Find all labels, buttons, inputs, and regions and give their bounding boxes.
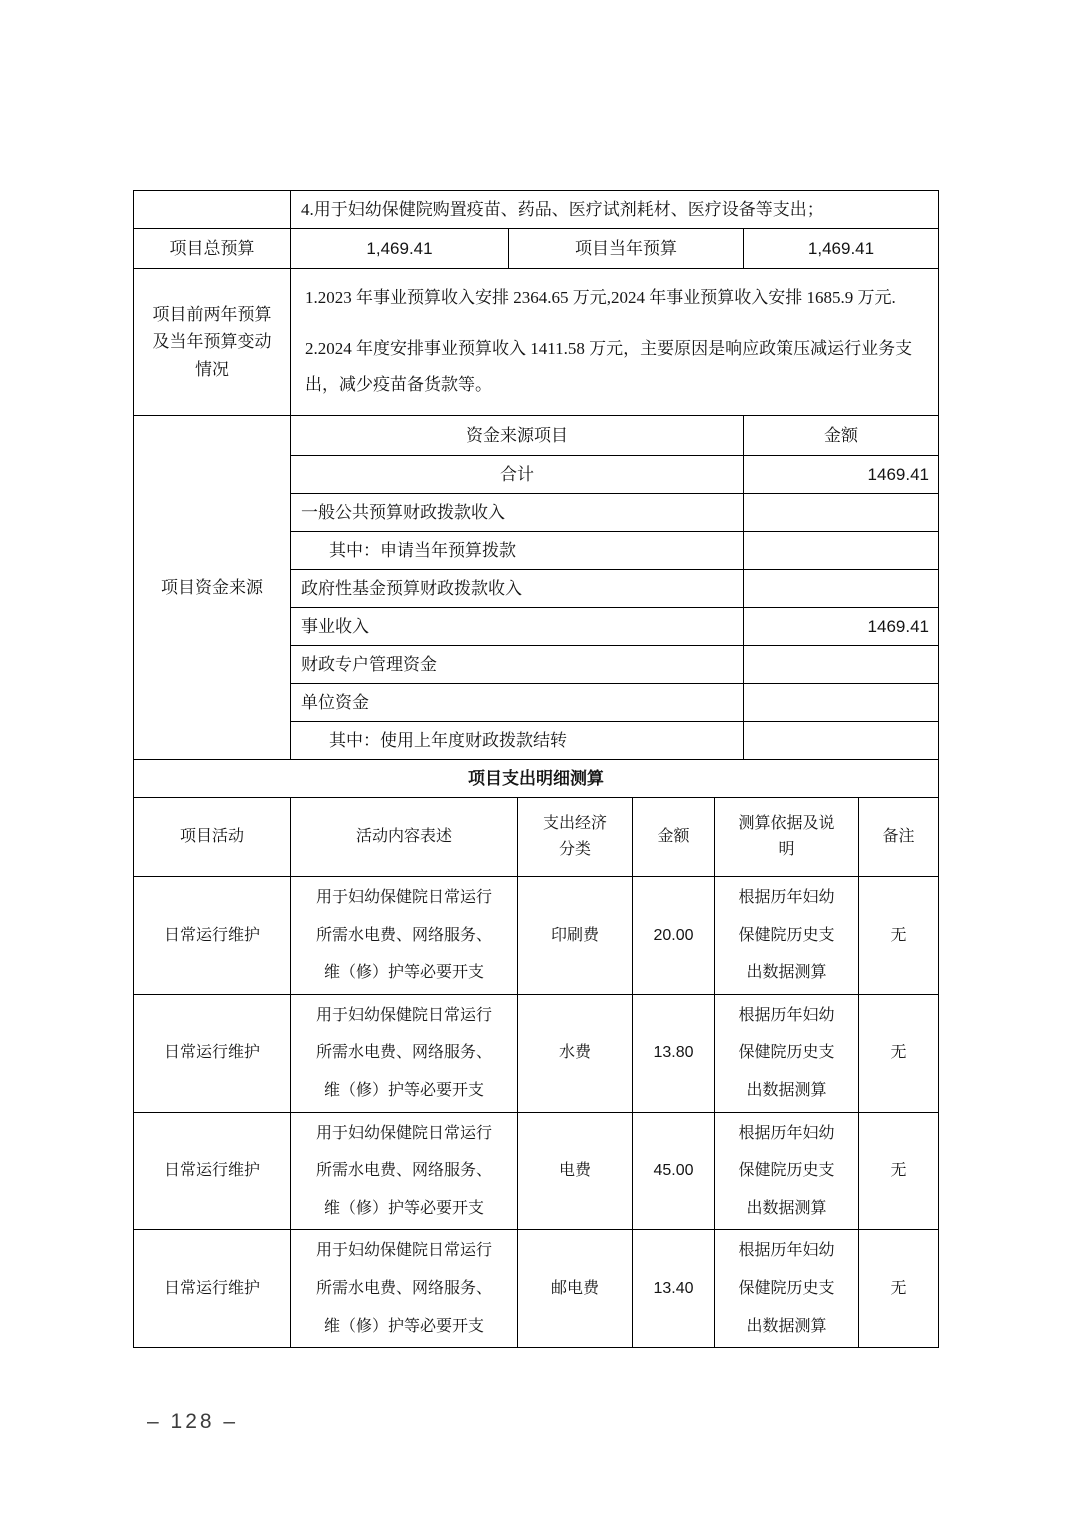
budget-history-content: 1.2023 年事业预算收入安排 2364.65 万元,2024 年事业预算收入… xyxy=(291,269,939,416)
detail-col-econ: 支出经济 分类 xyxy=(518,798,633,877)
funding-label: 单位资金 xyxy=(291,684,744,722)
detail-activity: 日常运行维护 xyxy=(134,1230,291,1348)
detail-activity: 日常运行维护 xyxy=(134,877,291,995)
funding-amount xyxy=(744,684,939,722)
detail-basis: 根据历年妇幼 保健院历史支 出数据测算 xyxy=(715,877,859,995)
current-year-budget-label: 项目当年预算 xyxy=(509,229,744,269)
history-paragraph-2: 2.2024 年度安排事业预算收入 1411.58 万元，主要原因是响应政策压减… xyxy=(305,331,924,404)
detail-basis: 根据历年妇幼 保健院历史支 出数据测算 xyxy=(715,1230,859,1348)
current-year-budget-value: 1,469.41 xyxy=(744,229,939,269)
funding-amount xyxy=(744,570,939,608)
budget-total-row: 项目总预算 1,469.41 项目当年预算 1,469.41 xyxy=(134,229,939,269)
funding-col-amount: 金额 xyxy=(744,416,939,456)
detail-activity: 日常运行维护 xyxy=(134,1112,291,1230)
funding-label: 一般公共预算财政拨款收入 xyxy=(291,494,744,532)
funding-section-label: 项目资金来源 xyxy=(134,416,291,760)
detail-amount: 13.80 xyxy=(633,994,715,1112)
funding-label: 其中：使用上年度财政拨款结转 xyxy=(291,722,744,760)
detail-row: 日常运行维护 用于妇幼保健院日常运行 所需水电费、网络服务、 维（修）护等必要开… xyxy=(134,1112,939,1230)
detail-econ: 水费 xyxy=(518,994,633,1112)
expense-note-cell: 4.用于妇幼保健院购置疫苗、药品、医疗试剂耗材、医疗设备等支出； xyxy=(291,191,939,229)
funding-label: 合计 xyxy=(291,456,744,494)
total-budget-label: 项目总预算 xyxy=(134,229,291,269)
empty-cell xyxy=(134,191,291,229)
detail-col-amount: 金额 xyxy=(633,798,715,877)
budget-history-row: 项目前两年预算 及当年预算变动 情况 1.2023 年事业预算收入安排 2364… xyxy=(134,269,939,416)
detail-note: 无 xyxy=(859,994,939,1112)
detail-row: 日常运行维护 用于妇幼保健院日常运行 所需水电费、网络服务、 维（修）护等必要开… xyxy=(134,877,939,995)
funding-amount xyxy=(744,722,939,760)
document-page: 4.用于妇幼保健院购置疫苗、药品、医疗试剂耗材、医疗设备等支出； 项目总预算 1… xyxy=(0,0,1074,1520)
detail-desc: 用于妇幼保健院日常运行 所需水电费、网络服务、 维（修）护等必要开支 xyxy=(291,1230,518,1348)
budget-table: 4.用于妇幼保健院购置疫苗、药品、医疗试剂耗材、医疗设备等支出； 项目总预算 1… xyxy=(133,190,938,1348)
detail-amount: 45.00 xyxy=(633,1112,715,1230)
budget-history-label: 项目前两年预算 及当年预算变动 情况 xyxy=(134,269,291,416)
detail-col-activity: 项目活动 xyxy=(134,798,291,877)
funding-label: 政府性基金预算财政拨款收入 xyxy=(291,570,744,608)
detail-amount: 20.00 xyxy=(633,877,715,995)
funding-label: 事业收入 xyxy=(291,608,744,646)
detail-note: 无 xyxy=(859,1112,939,1230)
funding-amount xyxy=(744,532,939,570)
detail-desc: 用于妇幼保健院日常运行 所需水电费、网络服务、 维（修）护等必要开支 xyxy=(291,994,518,1112)
funding-header-row: 项目资金来源 资金来源项目 金额 xyxy=(134,416,939,456)
detail-desc: 用于妇幼保健院日常运行 所需水电费、网络服务、 维（修）护等必要开支 xyxy=(291,1112,518,1230)
funding-col-item: 资金来源项目 xyxy=(291,416,744,456)
page-number: – 128 – xyxy=(147,1410,238,1434)
funding-amount: 1469.41 xyxy=(744,608,939,646)
detail-row: 日常运行维护 用于妇幼保健院日常运行 所需水电费、网络服务、 维（修）护等必要开… xyxy=(134,994,939,1112)
detail-note: 无 xyxy=(859,877,939,995)
detail-desc: 用于妇幼保健院日常运行 所需水电费、网络服务、 维（修）护等必要开支 xyxy=(291,877,518,995)
detail-header-row: 项目活动 活动内容表述 支出经济 分类 金额 测算依据及说 明 备注 xyxy=(134,798,939,877)
summary-table: 4.用于妇幼保健院购置疫苗、药品、医疗试剂耗材、医疗设备等支出； 项目总预算 1… xyxy=(133,190,939,416)
expense-detail-table: 项目活动 活动内容表述 支出经济 分类 金额 测算依据及说 明 备注 日常运行维… xyxy=(133,797,939,1348)
funding-source-table: 项目资金来源 资金来源项目 金额 合计 1469.41 一般公共预算财政拨款收入… xyxy=(133,415,939,760)
detail-title-table: 项目支出明细测算 xyxy=(133,759,939,798)
total-budget-value: 1,469.41 xyxy=(291,229,509,269)
detail-econ: 印刷费 xyxy=(518,877,633,995)
detail-title-row: 项目支出明细测算 xyxy=(134,760,939,798)
funding-amount: 1469.41 xyxy=(744,456,939,494)
detail-econ: 电费 xyxy=(518,1112,633,1230)
detail-col-desc: 活动内容表述 xyxy=(291,798,518,877)
history-paragraph-1: 1.2023 年事业预算收入安排 2364.65 万元,2024 年事业预算收入… xyxy=(305,280,924,317)
detail-section-title: 项目支出明细测算 xyxy=(134,760,939,798)
detail-econ: 邮电费 xyxy=(518,1230,633,1348)
detail-col-note: 备注 xyxy=(859,798,939,877)
funding-amount xyxy=(744,494,939,532)
detail-basis: 根据历年妇幼 保健院历史支 出数据测算 xyxy=(715,994,859,1112)
detail-basis: 根据历年妇幼 保健院历史支 出数据测算 xyxy=(715,1112,859,1230)
detail-amount: 13.40 xyxy=(633,1230,715,1348)
detail-note: 无 xyxy=(859,1230,939,1348)
detail-row: 日常运行维护 用于妇幼保健院日常运行 所需水电费、网络服务、 维（修）护等必要开… xyxy=(134,1230,939,1348)
expense-note-row: 4.用于妇幼保健院购置疫苗、药品、医疗试剂耗材、医疗设备等支出； xyxy=(134,191,939,229)
detail-activity: 日常运行维护 xyxy=(134,994,291,1112)
funding-amount xyxy=(744,646,939,684)
funding-label: 其中：申请当年预算拨款 xyxy=(291,532,744,570)
funding-label: 财政专户管理资金 xyxy=(291,646,744,684)
detail-col-basis: 测算依据及说 明 xyxy=(715,798,859,877)
